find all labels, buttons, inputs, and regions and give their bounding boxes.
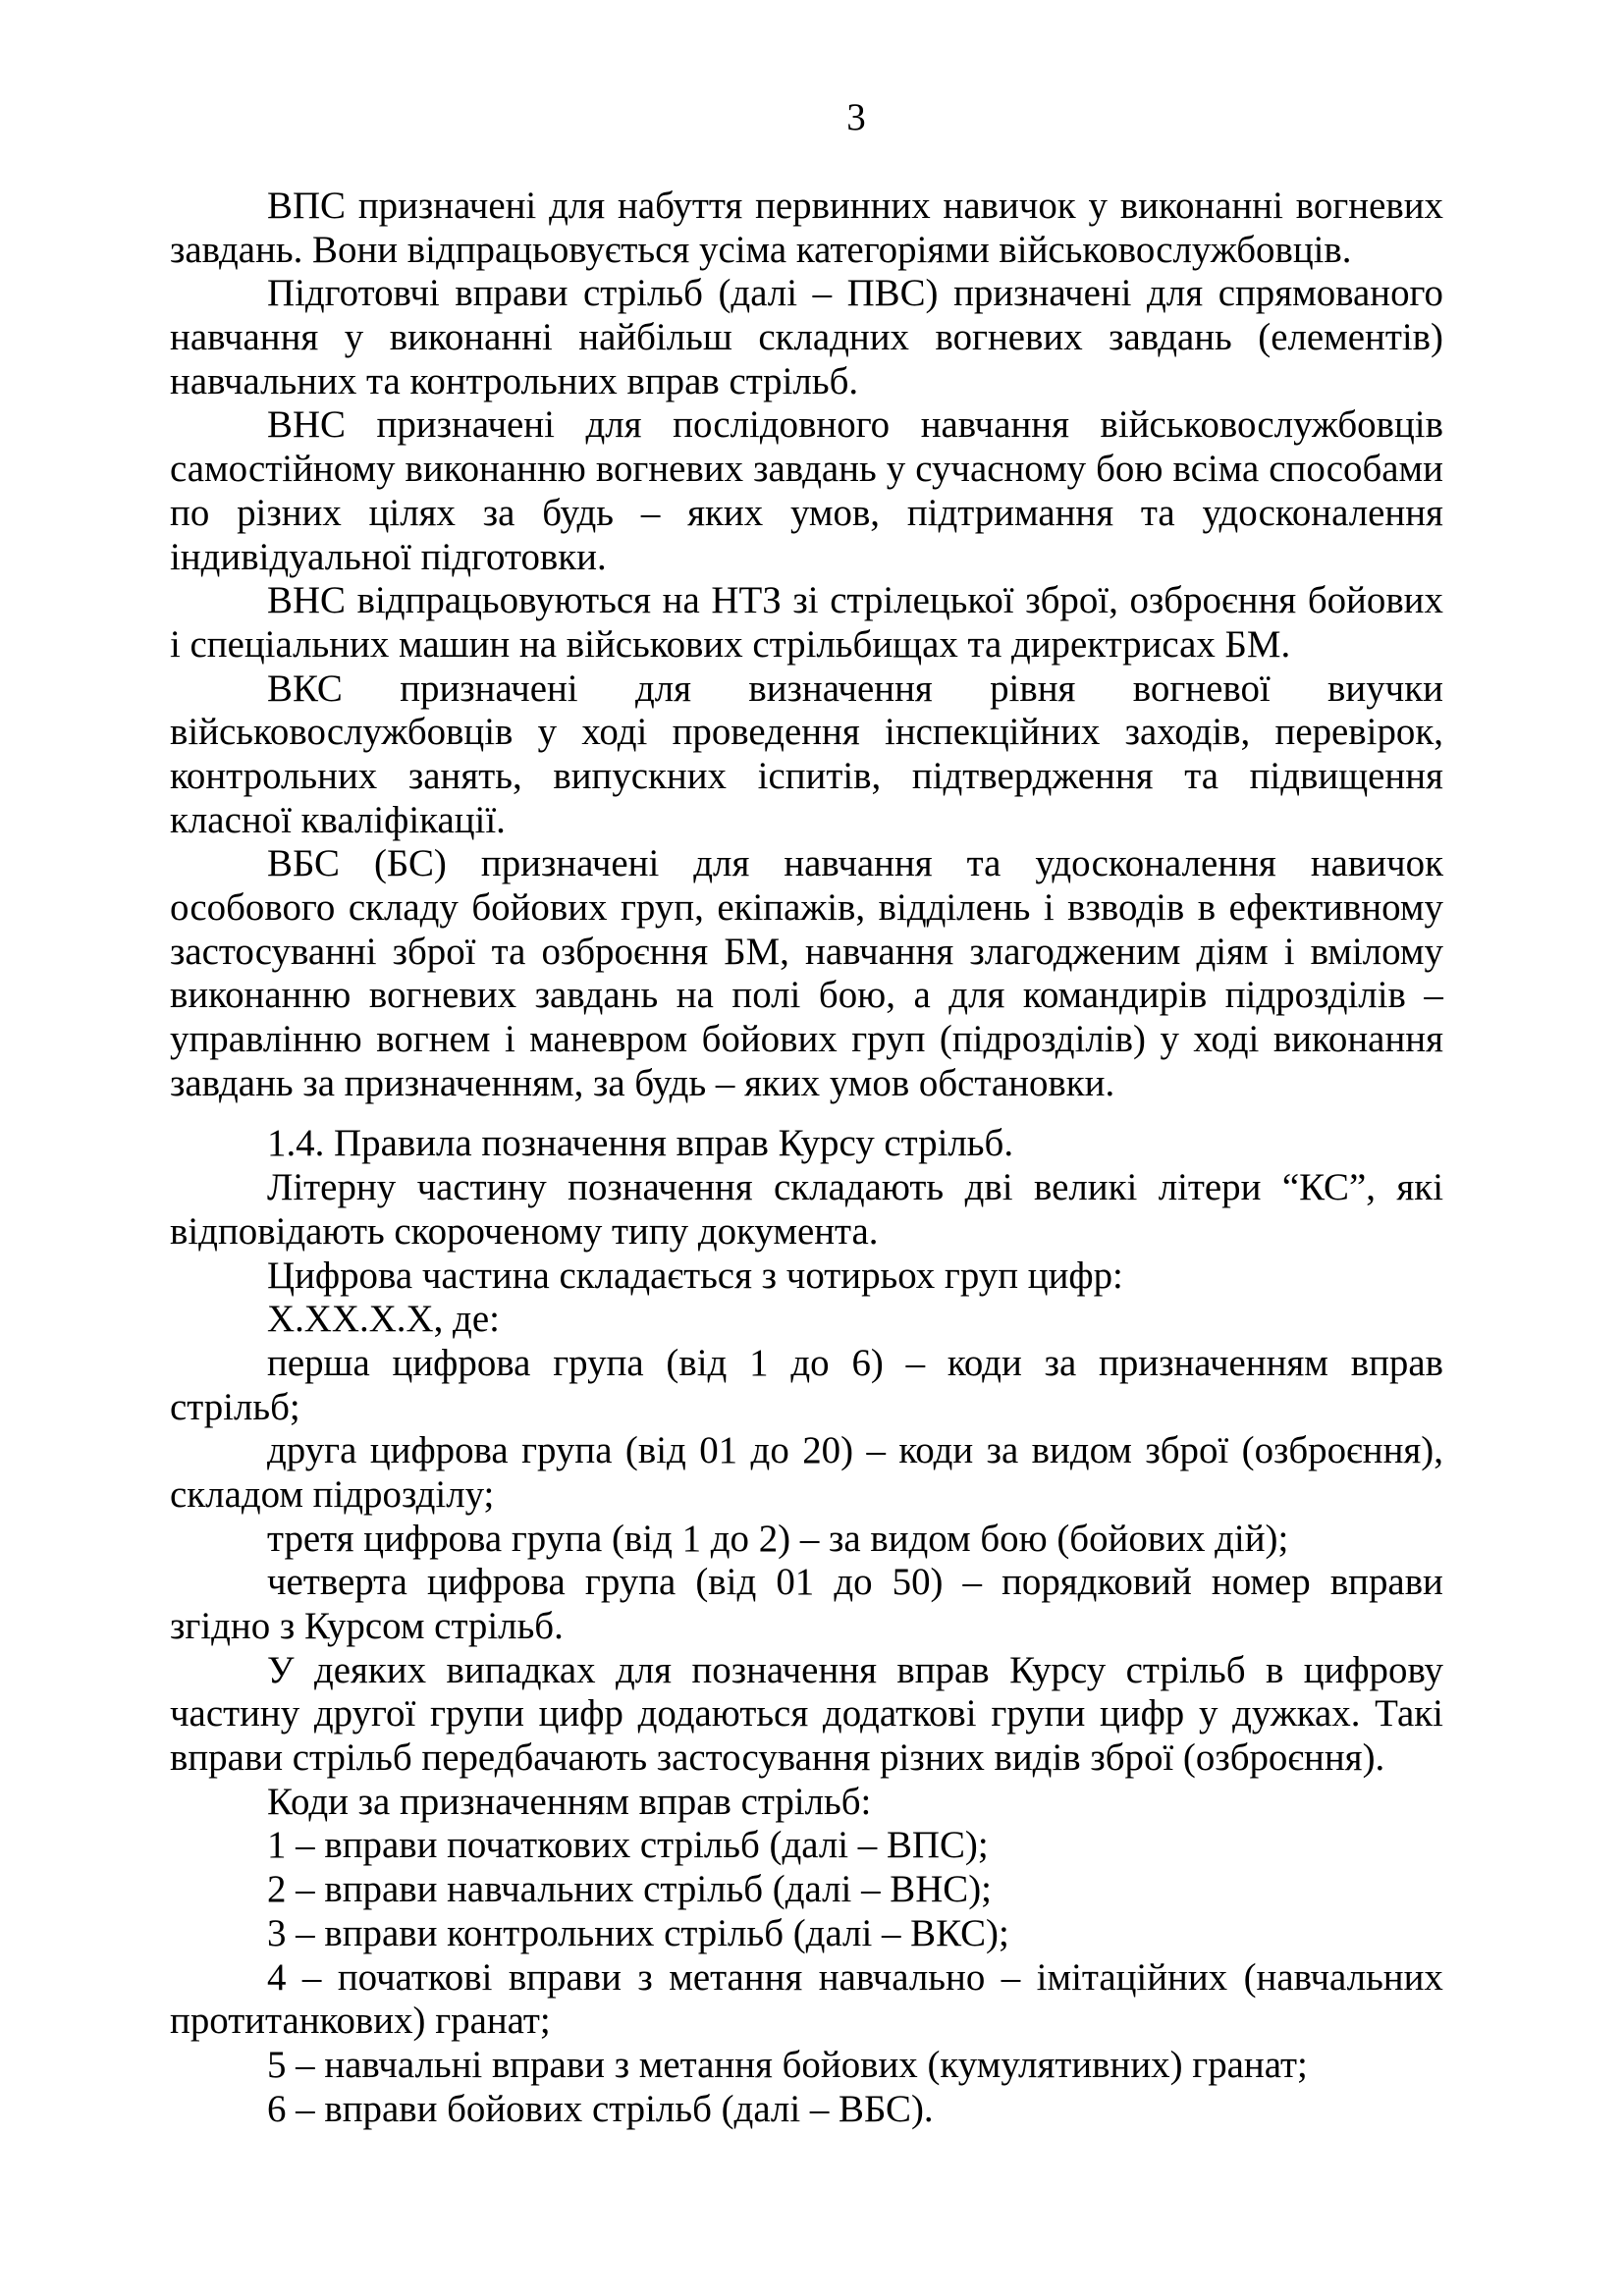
text-line: застосуваннізброїтаозброєнняБМ,навчанняз… [170, 931, 1443, 975]
page-number: 3 [0, 96, 1624, 139]
text-line: 1 – вправи початкових стрільб (далі – ВП… [170, 1824, 1443, 1868]
text-line: 3 – вправи контрольних стрільб (далі – В… [170, 1912, 1443, 1956]
text-line: ВКСпризначенідлявизначеннярівнявогневоїв… [170, 667, 1443, 712]
text-line: четвертацифровагрупа(від01до50)–порядков… [170, 1561, 1443, 1605]
text-line: Підготовчівправистрільб(далі–ПВС)признач… [170, 272, 1443, 316]
text-line: Цифрова частина складається з чотирьох г… [170, 1255, 1443, 1299]
text-line: стрільб; [170, 1386, 1443, 1430]
text-line: Х.ХХ.Х.Х, де: [170, 1298, 1443, 1342]
text-line: третя цифрова група (від 1 до 2) – за ви… [170, 1518, 1443, 1562]
paragraph-code-6: 6 – вправи бойових стрільб (далі – ВБС). [170, 2088, 1443, 2132]
text-line: 5 – навчальні вправи з метання бойових (… [170, 2044, 1443, 2088]
text-line: ВБС(БС)призначенідлянавчаннятаудосконале… [170, 842, 1443, 886]
paragraph-format: Х.ХХ.Х.Х, де: [170, 1298, 1443, 1342]
text-line: класної кваліфікації. [170, 799, 1443, 843]
text-line: управліннювогнеміманевромбойовихгруп(під… [170, 1018, 1443, 1062]
paragraph-pvs: Підготовчівправистрільб(далі–ПВС)признач… [170, 272, 1443, 403]
text-line: другацифровагрупа(від01до20)–кодизавидом… [170, 1429, 1443, 1473]
text-line: 4–початковівправизметаннянавчально–іміта… [170, 1956, 1443, 2001]
paragraph-section-1-4: 1.4. Правила позначення вправ Курсу стрі… [170, 1122, 1443, 1166]
paragraph-group-3: третя цифрова група (від 1 до 2) – за ви… [170, 1518, 1443, 1562]
text-line: частинудругоїгрупицифрдодаютьсядодаткові… [170, 1692, 1443, 1736]
text-line: військовослужбовцівуходіпроведенняінспек… [170, 711, 1443, 755]
text-line: Літернучастинупозначенняскладаютьдвівели… [170, 1166, 1443, 1210]
paragraph-digital-part: Цифрова частина складається з чотирьох г… [170, 1255, 1443, 1299]
text-line: самостійномувиконаннювогневихзавданьусуч… [170, 448, 1443, 492]
text-line: УдеякихвипадкахдляпозначеннявправКурсуст… [170, 1649, 1443, 1693]
paragraph-code-1: 1 – вправи початкових стрільб (далі – ВП… [170, 1824, 1443, 1868]
text-line: складом підрозділу; [170, 1473, 1443, 1518]
text-line: згідно з Курсом стрільб. [170, 1605, 1443, 1649]
text-line: порізнихціляхзабудь–якихумов,підтримання… [170, 492, 1443, 536]
paragraph-vns-1: ВНСпризначенідляпослідовногонавчаннявійс… [170, 403, 1443, 579]
text-line: індивідуальної підготовки. [170, 536, 1443, 580]
paragraph-code-2: 2 – вправи навчальних стрільб (далі – ВН… [170, 1868, 1443, 1912]
text-line: 2 – вправи навчальних стрільб (далі – ВН… [170, 1868, 1443, 1912]
text-line: першацифровагрупа(від1до6)–кодизапризнач… [170, 1342, 1443, 1386]
text-line: вправи стрільб передбачають застосування… [170, 1736, 1443, 1781]
text-line: і спеціальних машин на військових стріль… [170, 623, 1443, 667]
text-line: ВНСпризначенідляпослідовногонавчаннявійс… [170, 403, 1443, 448]
text-line: відповідають скороченому типу документа. [170, 1210, 1443, 1255]
paragraph-group-2: другацифровагрупа(від01до20)–кодизавидом… [170, 1429, 1443, 1517]
text-line: Коди за призначенням вправ стрільб: [170, 1781, 1443, 1825]
text-line: протитанкових) гранат; [170, 2000, 1443, 2044]
document-body: ВПСпризначенідлянабуттяпервиннихнавичоку… [170, 185, 1443, 2131]
paragraph-literal-part: Літернучастинупозначенняскладаютьдвівели… [170, 1166, 1443, 1254]
paragraph-group-4: четвертацифровагрупа(від01до50)–порядков… [170, 1561, 1443, 1648]
paragraph-code-5: 5 – навчальні вправи з метання бойових (… [170, 2044, 1443, 2088]
paragraph-code-4: 4–початковівправизметаннянавчально–іміта… [170, 1956, 1443, 2044]
paragraph-additional-groups: УдеякихвипадкахдляпозначеннявправКурсуст… [170, 1649, 1443, 1781]
paragraph-vks: ВКСпризначенідлявизначеннярівнявогневоїв… [170, 667, 1443, 843]
text-line: завдань за призначенням, за будь – яких … [170, 1062, 1443, 1106]
text-line: контрольнихзанять,випускнихіспитів,підтв… [170, 755, 1443, 799]
text-line: ВПСпризначенідлянабуттяпервиннихнавичоку… [170, 185, 1443, 229]
paragraph-code-3: 3 – вправи контрольних стрільб (далі – В… [170, 1912, 1443, 1956]
text-line: особовогоскладубойовихгруп,екіпажів,відд… [170, 886, 1443, 931]
text-line: навчальних та контрольних вправ стрільб. [170, 360, 1443, 404]
text-line: ВНСвідпрацьовуютьсянаНТЗзістрілецькоїзбр… [170, 579, 1443, 623]
paragraph-vps: ВПСпризначенідлянабуттяпервиннихнавичоку… [170, 185, 1443, 272]
text-line: 6 – вправи бойових стрільб (далі – ВБС). [170, 2088, 1443, 2132]
text-line: завдань. Вони відпрацьовується усіма кат… [170, 229, 1443, 273]
paragraph-codes-heading: Коди за призначенням вправ стрільб: [170, 1781, 1443, 1825]
paragraph-vns-2: ВНСвідпрацьовуютьсянаНТЗзістрілецькоїзбр… [170, 579, 1443, 667]
text-line: виконаннювогневихзавданьнаполібою,адляко… [170, 974, 1443, 1018]
text-line: 1.4. Правила позначення вправ Курсу стрі… [170, 1122, 1443, 1166]
text-line: навчанняувиконаннінайбільшскладнихвогнев… [170, 316, 1443, 360]
paragraph-vbs: ВБС(БС)призначенідлянавчаннятаудосконале… [170, 842, 1443, 1105]
paragraph-group-1: першацифровагрупа(від1до6)–кодизапризнач… [170, 1342, 1443, 1429]
